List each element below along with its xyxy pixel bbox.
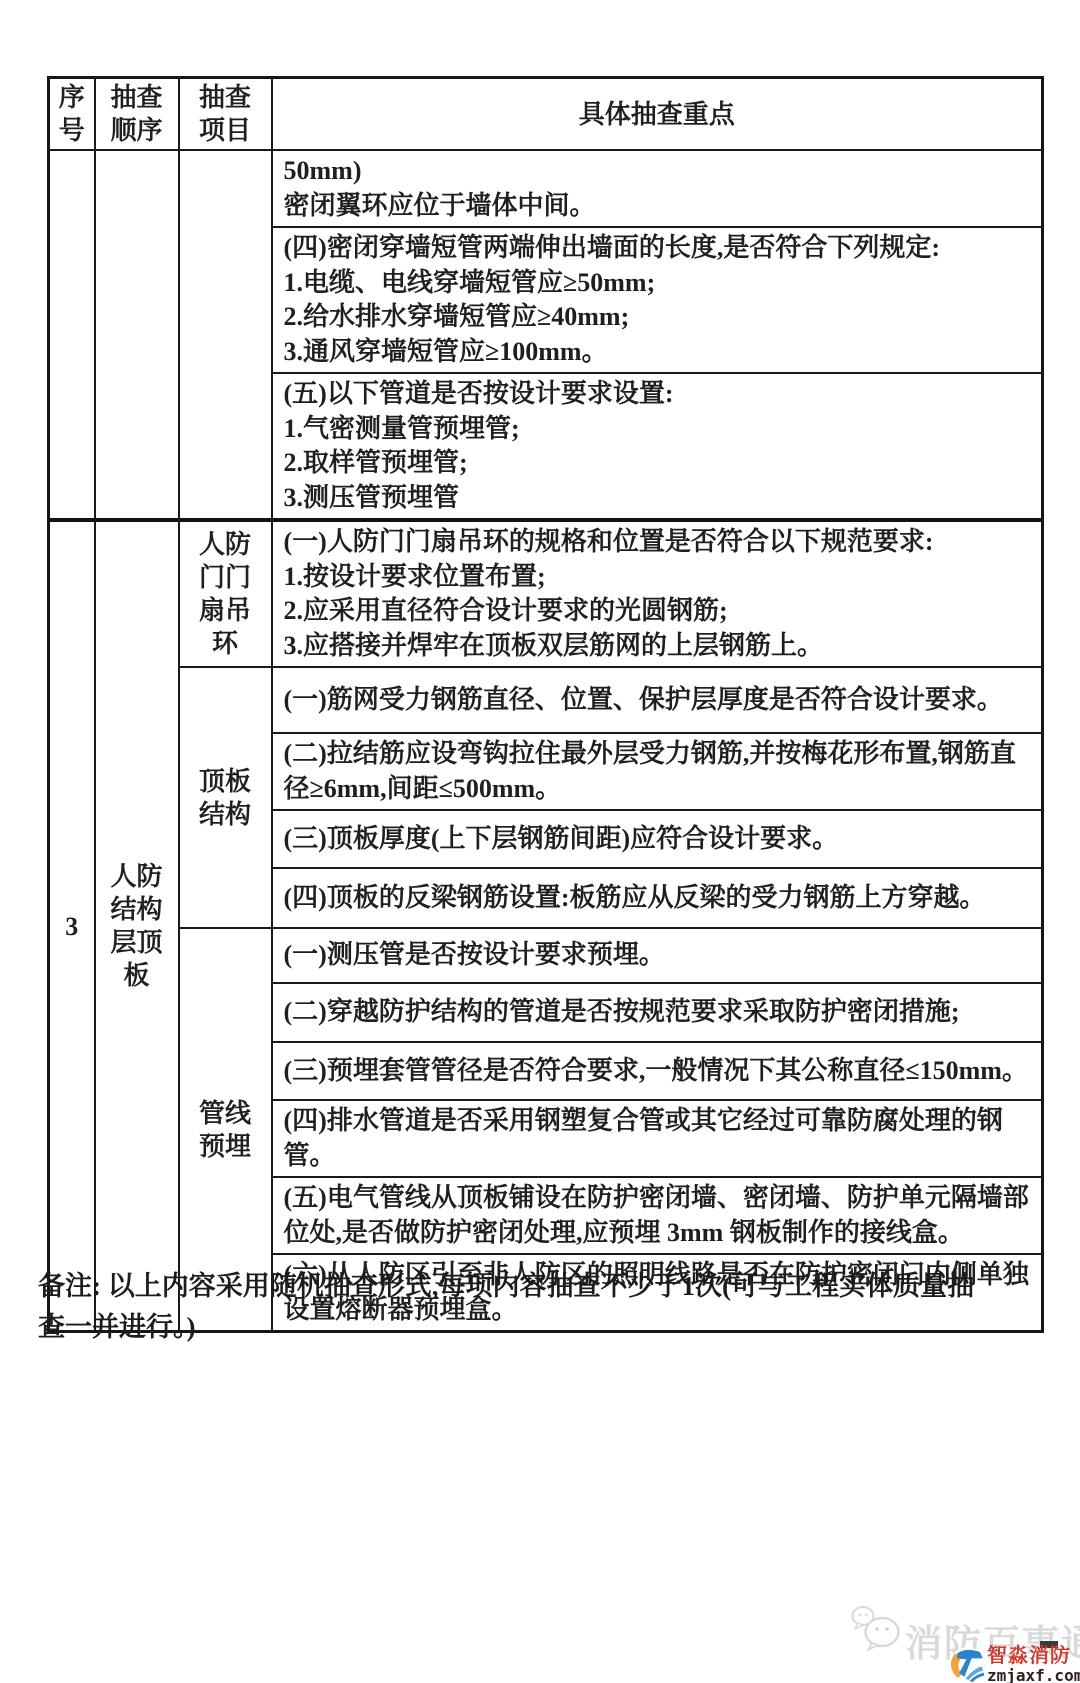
table-row: 50mm) 密闭翼环应位于墙体中间。 [49,150,1043,227]
carryover-item-cell [179,150,272,520]
row3-order-cell: 人防 结构 层顶 板 [95,520,179,1332]
focus-cell: (二)穿越防护结构的管道是否按规范要求采取防护密闭措施; [272,983,1043,1042]
focus-cell: (三)预埋套管管径是否符合要求,一般情况下其公称直径≤150mm。 [272,1042,1043,1100]
carryover-seq-cell [49,150,95,520]
focus-cell: (五)电气管线从顶板铺设在防护密闭墙、密闭墙、防护单元隔墙部位处,是否做防护密闭… [272,1177,1043,1254]
table-row: 3 人防 结构 层顶 板 人防 门门 扇吊 环 (一)人防门门扇吊环的规格和位置… [49,520,1043,667]
focus-cell: (二)拉结筋应设弯钩拉住最外层受力钢筋,并按梅花形布置,钢筋直径≥6mm,间距≤… [272,733,1043,810]
focus-cell: (一)筋网受力钢筋直径、位置、保护层厚度是否符合设计要求。 [272,667,1043,733]
item-label-door-rings: 人防 门门 扇吊 环 [179,520,272,667]
col-header-seq: 序 号 [49,78,95,151]
focus-cell: 50mm) 密闭翼环应位于墙体中间。 [272,150,1043,227]
brand-domain: zmjaxf.com [987,1667,1080,1683]
focus-cell: (一)人防门门扇吊环的规格和位置是否符合以下规范要求: 1.按设计要求位置布置;… [272,520,1043,667]
site-logo: 智淼消防 zmjaxf.com [949,1646,1080,1683]
focus-cell: (四)排水管道是否采用钢塑复合管或其它经过可靠防腐处理的钢管。 [272,1100,1043,1177]
table-row: 顶板 结构 (一)筋网受力钢筋直径、位置、保护层厚度是否符合设计要求。 [49,667,1043,733]
col-header-item: 抽查 项目 [179,78,272,151]
row3-seq-cell: 3 [49,520,95,1332]
focus-cell: (三)顶板厚度(上下层钢筋间距)应符合设计要求。 [272,810,1043,868]
col-header-order: 抽查 顺序 [95,78,179,151]
col-header-focus: 具体抽查重点 [272,78,1043,151]
chat-bubbles-icon [848,1603,906,1658]
table-row: 管线 预埋 (一)测压管是否按设计要求预埋。 [49,928,1043,983]
item-label-roof-structure: 顶板 结构 [179,667,272,928]
brand-name: 智淼消防 [987,1646,1080,1667]
remark-note: 备注: 以上内容采用随机抽查形式,每项内容抽查不少于1次(可与工程实体质量抽 查… [38,1266,1048,1348]
focus-cell: (四)密闭穿墙短管两端伸出墙面的长度,是否符合下列规定: 1.电缆、电线穿墙短管… [272,227,1043,373]
zhimiao-swoosh-icon [949,1646,986,1683]
focus-cell: (五)以下管道是否按设计要求设置: 1.气密测量管预埋管; 2.取样管预埋管; … [272,373,1043,520]
focus-cell: (四)顶板的反梁钢筋设置:板筋应从反梁的受力钢筋上方穿越。 [272,868,1043,928]
inspection-table: 序 号 抽查 顺序 抽查 项目 具体抽查重点 50mm) 密闭翼环应位于墙体中间… [47,76,1044,1333]
header-row: 序 号 抽查 顺序 抽查 项目 具体抽查重点 [49,78,1043,151]
focus-cell: (一)测压管是否按设计要求预埋。 [272,928,1043,983]
carryover-order-cell [95,150,179,520]
